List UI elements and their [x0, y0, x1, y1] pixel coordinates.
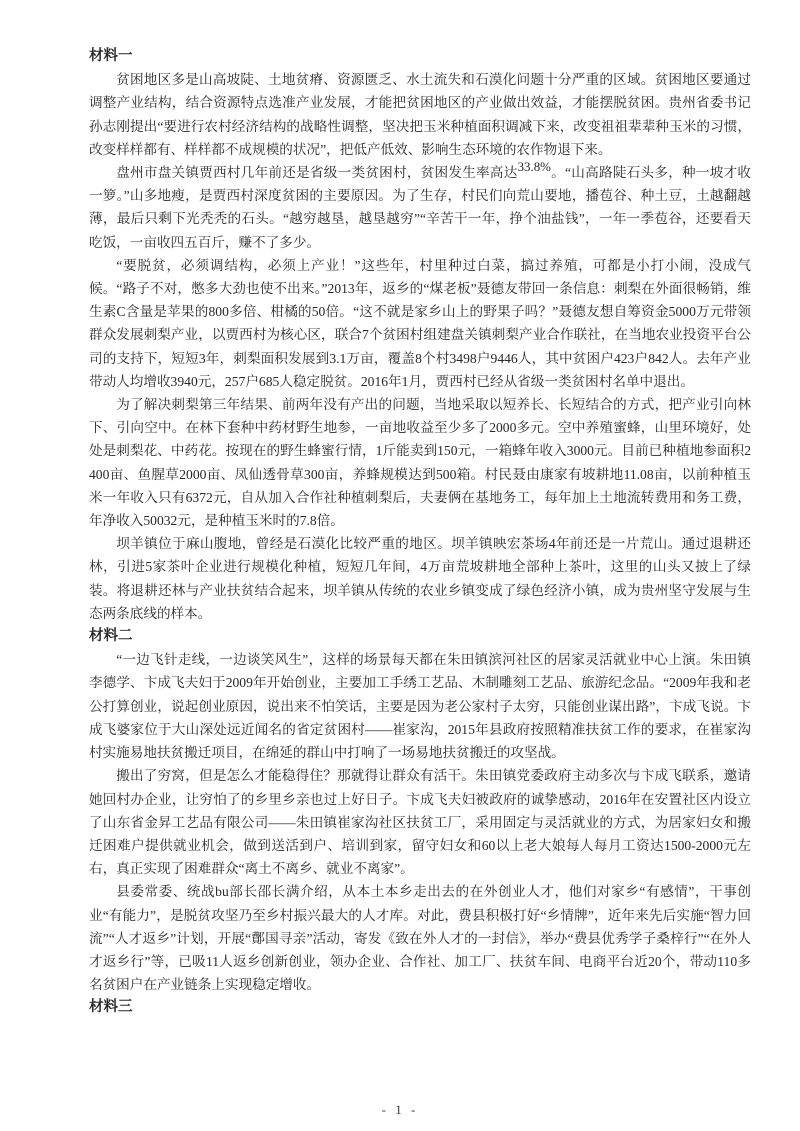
document-page: 材料一 贫困地区多是山高坡陡、土地贫瘠、资源匮乏、水土流失和石漠化问题十分严重的…: [0, 0, 800, 1131]
section-material-2: 材料二 “一边飞针走线，一边谈笑风生”，这样的场景每天都在朱田镇滨河社区的居家灵…: [89, 625, 751, 996]
paragraph: 为了解决刺梨第三年结果、前两年没有产出的问题，当地采取以短养长、长短结合的方式，…: [89, 393, 751, 532]
paragraph: 坝羊镇位于麻山腹地，曾经是石漠化比较严重的地区。坝羊镇映宏茶场4年前还是一片荒山…: [89, 532, 751, 625]
paragraph: “一边飞针走线，一边谈笑风生”，这样的场景每天都在朱田镇滨河社区的居家灵活就业中…: [89, 648, 751, 764]
paragraph-text: “一边飞针走线，一边谈笑风生”，这样的场景每天都在朱田镇滨河社区的居家灵活就业中…: [89, 652, 751, 760]
page-footer: - 1 -: [0, 1102, 800, 1118]
section-material-1: 材料一 贫困地区多是山高坡陡、土地贫瘠、资源匮乏、水土流失和石漠化问题十分严重的…: [89, 45, 751, 625]
paragraph-text: 贫困地区多是山高坡陡、土地贫瘠、资源匮乏、水土流失和石漠化问题十分严重的区域。贫…: [89, 72, 751, 157]
section-heading-material-3: 材料三: [89, 996, 751, 1019]
paragraph: 盘州市盘关镇贾西村几年前还是省级一类贫困村，贫困发生率高达33.8%。“山高路陡…: [89, 161, 751, 254]
paragraph: “要脱贫，必须调结构，必须上产业！”这些年，村里种过白菜，搞过养殖，可都是小打小…: [89, 254, 751, 393]
paragraph-text: 县委常委、统战bu部长邵长满介绍，从本土本乡走出去的在外创业人才，他们对家乡“有…: [89, 884, 751, 992]
document-content: 材料一 贫困地区多是山高坡陡、土地贫瘠、资源匮乏、水土流失和石漠化问题十分严重的…: [89, 45, 751, 1020]
paragraph-text: 盘州市盘关镇贾西村几年前还是省级一类贫困村，贫困发生率高达: [116, 165, 517, 180]
paragraph-text: 为了解决刺梨第三年结果、前两年没有产出的问题，当地采取以短养长、长短结合的方式，…: [89, 397, 751, 528]
section-heading-material-2: 材料二: [89, 625, 751, 648]
paragraph-text: 坝羊镇位于麻山腹地，曾经是石漠化比较严重的地区。坝羊镇映宏茶场4年前还是一片荒山…: [89, 536, 751, 621]
superscript-percentage: 33.8%: [518, 159, 551, 174]
paragraph: 县委常委、统战bu部长邵长满介绍，从本土本乡走出去的在外创业人才，他们对家乡“有…: [89, 880, 751, 996]
paragraph-text: “要脱贫，必须调结构，必须上产业！”这些年，村里种过白菜，搞过养殖，可都是小打小…: [89, 258, 751, 389]
section-heading-material-1: 材料一: [89, 45, 751, 68]
paragraph: 贫困地区多是山高坡陡、土地贫瘠、资源匮乏、水土流失和石漠化问题十分严重的区域。贫…: [89, 68, 751, 161]
section-material-3: 材料三: [89, 996, 751, 1019]
paragraph-text: 搬出了穷窝，但是怎么才能稳得住？那就得让群众有活干。朱田镇党委政府主动多次与卞成…: [89, 768, 751, 876]
paragraph: 搬出了穷窝，但是怎么才能稳得住？那就得让群众有活干。朱田镇党委政府主动多次与卞成…: [89, 764, 751, 880]
page-number: - 1 -: [382, 1102, 419, 1117]
